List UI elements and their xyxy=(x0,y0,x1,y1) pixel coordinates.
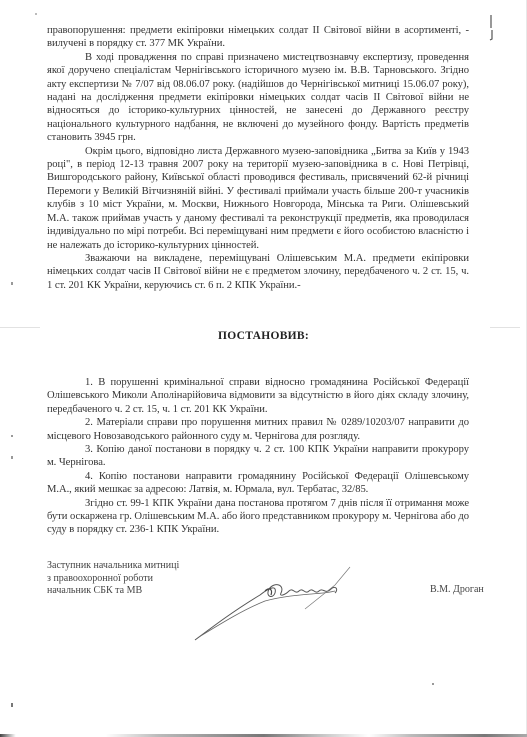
scan-line-left xyxy=(0,327,40,328)
resolution-item-2: 2. Матеріали справи про порушення митних… xyxy=(47,416,469,443)
resolution-item-3: 3. Копію даної постанови в порядку ч. 2 … xyxy=(47,443,469,470)
resolutions-list: 1. В порушенні кримінальної справи відно… xyxy=(47,376,469,537)
handwritten-signature xyxy=(185,565,360,645)
signatory-title: Заступник начальника митниці з правоохор… xyxy=(47,560,179,598)
signatory-title-line: з правоохоронної роботи xyxy=(47,573,179,586)
paragraph-conclusion: Зважаючи на викладене, переміщувані Оліш… xyxy=(47,252,469,292)
paragraph-festival: Окрім цього, відповідно листа Державного… xyxy=(47,145,469,252)
scan-artifact-mark xyxy=(489,14,492,40)
signatory-name: В.М. Дроган xyxy=(430,584,484,595)
paragraph-offense: правопорушення: предмети екіпіровки німе… xyxy=(47,24,469,51)
resolution-heading: ПОСТАНОВИВ: xyxy=(0,330,527,342)
signatory-title-line: начальник СБК та МВ xyxy=(47,585,179,598)
scanned-document-page: правопорушення: предмети екіпіровки німе… xyxy=(0,0,527,737)
body-text-top: правопорушення: предмети екіпіровки німе… xyxy=(47,24,469,292)
scan-dot xyxy=(11,282,13,285)
scan-dot xyxy=(11,703,13,707)
signatory-title-line: Заступник начальника митниці xyxy=(47,560,179,573)
scan-dot xyxy=(11,456,13,459)
scan-dot xyxy=(432,683,434,685)
scan-dot xyxy=(11,435,13,437)
resolution-item-4: 4. Копію постанови направити громадянину… xyxy=(47,470,469,497)
paragraph-expertise: В ході провадження по справі призначено … xyxy=(47,51,469,145)
appeal-notice: Згідно ст. 99-1 КПК України дана постано… xyxy=(47,497,469,537)
scan-dot xyxy=(35,13,37,15)
scan-line-right xyxy=(490,327,520,328)
resolution-item-1: 1. В порушенні кримінальної справи відно… xyxy=(47,376,469,416)
